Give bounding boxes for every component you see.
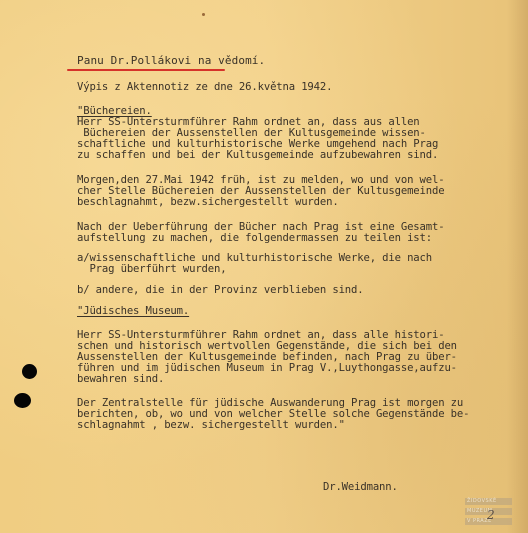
- list-item-a-cont: Prag überführt wurden,: [77, 264, 226, 275]
- section-heading-museum: "Jüdisches Museum.: [77, 306, 189, 317]
- text-line: beschlagnahmt, bezw.sichergestellt wurde…: [77, 197, 339, 208]
- text-line: zu schaffen und bei der Kultusgemeinde a…: [77, 150, 438, 161]
- punch-hole-icon: [14, 393, 31, 408]
- text-line: bewahren sind.: [77, 374, 164, 385]
- section-heading-text: "Jüdisches Museum.: [77, 305, 189, 317]
- paper-speck: [202, 13, 205, 16]
- punch-hole-icon: [22, 364, 37, 379]
- list-item-b: b/ andere, die in der Provinz verblieben…: [77, 285, 364, 296]
- text-line: schlagnahmt , bezw. sichergestellt wurde…: [77, 420, 345, 431]
- pencil-page-number: 2: [487, 508, 495, 522]
- excerpt-heading: Výpis z Aktennotiz ze dne 26.května 1942…: [77, 82, 332, 93]
- text-line: aufstellung zu machen, die folgendermass…: [77, 233, 432, 244]
- document-page: Panu Dr.Pollákovi na vědomí. Výpis z Akt…: [0, 0, 528, 533]
- addressee-line: Panu Dr.Pollákovi na vědomí.: [77, 55, 265, 66]
- red-pencil-underline: [67, 69, 225, 71]
- archive-stamp-line: ŽIDOVSKÉ: [465, 498, 512, 505]
- signature: Dr.Weidmann.: [323, 482, 398, 493]
